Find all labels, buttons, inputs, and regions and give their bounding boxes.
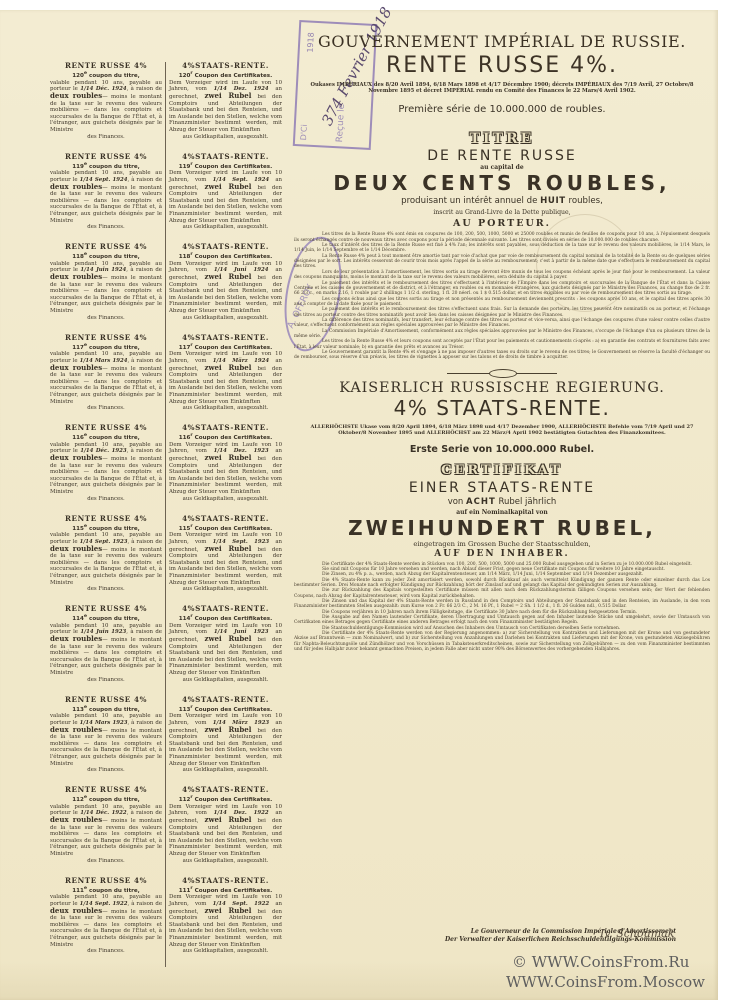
signature: Iv. Schoumak (600, 927, 674, 940)
coupon-column: RENTE RUSSE 4%120e coupon du titre,valab… (48, 62, 284, 967)
coupon-fr-head: RENTE RUSSE 4% (50, 515, 162, 523)
coupon-fr-end: des Finances. (50, 496, 162, 503)
coupon-de-end: aus Geldkapitalien, ausgezahlt. (169, 224, 282, 231)
coupon-german: 4%STAATS-RENTE.120r Coupon des Certifika… (166, 62, 284, 153)
coupon-french: RENTE RUSSE 4%111e coupon du titre,valab… (48, 877, 166, 968)
coupon-111: RENTE RUSSE 4%111e coupon du titre,valab… (48, 877, 284, 968)
coupon-de-end: aus Geldkapitalien, ausgezahlt. (169, 767, 282, 774)
ornamental-divider (447, 369, 557, 377)
coupon-de-sub: 115r Coupon des Certifikates. (169, 523, 282, 533)
coupon-118: RENTE RUSSE 4%118e coupon du titre,valab… (48, 243, 284, 334)
coupon-french: RENTE RUSSE 4%115e coupon du titre,valab… (48, 515, 166, 606)
coupon-fr-head: RENTE RUSSE 4% (50, 877, 162, 885)
french-term-paragraph: Le paiement des intérêts et le rembourse… (294, 281, 710, 297)
coupon-de-sub: 117r Coupon des Certifikates. (169, 342, 282, 352)
german-interest: von ACHT Rubel jährlich (288, 497, 716, 507)
coupon-fr-end: des Finances. (50, 677, 162, 684)
coupon-de-body: Dem Vorzeiger wird im Laufe von 10 Jahre… (169, 804, 282, 858)
coupon-fr-sub: 111e coupon du titre, (50, 885, 162, 895)
french-rente-title: RENTE RUSSE 4%. (288, 53, 716, 78)
coupon-fr-sub: 120e coupon du titre, (50, 70, 162, 80)
coupon-de-head: 4%STAATS-RENTE. (169, 424, 282, 432)
french-term-paragraph: La différence des titres nominatifs, leu… (294, 318, 710, 329)
coupon-fr-end: des Finances. (50, 586, 162, 593)
french-government-title: GOUVERNEMENT IMPÉRIAL DE RUSSIE. (288, 32, 716, 51)
titre-heading: TITRE (288, 131, 716, 147)
acht-pre: von (448, 497, 464, 507)
coupon-fr-head: RENTE RUSSE 4% (50, 153, 162, 161)
coupon-119: RENTE RUSSE 4%119e coupon du titre,valab… (48, 153, 284, 244)
de-rente-russe: DE RENTE RUSSE (288, 148, 716, 164)
coupon-fr-sub: 113e coupon du titre, (50, 704, 162, 714)
french-ukases: Oukases IMPÉRIAUX des 8/20 Avril 1894, 6… (288, 82, 716, 94)
au-capital-de: au capital de (288, 164, 716, 171)
german-term-paragraph: Die Ausgabe auf den Namen lautender Cert… (294, 615, 710, 626)
coupon-de-body: Dem Vorzeiger wird im Laufe von 10 Jahre… (169, 713, 282, 767)
coupon-de-body: Dem Vorzeiger wird im Laufe von 10 Jahre… (169, 261, 282, 315)
coupon-german: 4%STAATS-RENTE.113r Coupon des Certifika… (166, 696, 284, 787)
coupon-fr-head: RENTE RUSSE 4% (50, 243, 162, 251)
coupon-114: RENTE RUSSE 4%114e coupon du titre,valab… (48, 605, 284, 696)
acht-post: Rubel jährlich (498, 497, 556, 507)
coupon-de-sub: 118r Coupon des Certifikates. (169, 251, 282, 261)
au-porteur: AU PORTEUR. (288, 218, 716, 229)
coupon-fr-body: valable pendant 10 ans, payable au porte… (50, 804, 162, 858)
french-term-paragraph: Le taux d'intérêt des titres de la Rente… (294, 243, 710, 254)
coupon-de-head: 4%STAATS-RENTE. (169, 696, 282, 704)
coupon-fr-end: des Finances. (50, 858, 162, 865)
coupon-fr-head: RENTE RUSSE 4% (50, 605, 162, 613)
coupon-115: RENTE RUSSE 4%115e coupon du titre,valab… (48, 515, 284, 606)
french-amount: DEUX CENTS ROUBLES, (288, 171, 716, 195)
coupon-fr-sub: 116e coupon du titre, (50, 432, 162, 442)
coupon-fr-body: valable pendant 10 ans, payable au porte… (50, 351, 162, 405)
german-ukases: ALLERHÖCHSTE Ukase vom 8/20 April 1894, … (288, 424, 716, 436)
coupon-de-end: aus Geldkapitalien, ausgezahlt. (169, 677, 282, 684)
auf-den-inhaber: AUF DEN INHABER. (288, 549, 716, 559)
acht-amount: ACHT (466, 497, 496, 507)
watermark: © WWW.CoinsFrom.Ru WWW.CoinsFrom.Moscow (512, 952, 705, 992)
coupon-de-body: Dem Vorzeiger wird im Laufe von 10 Jahre… (169, 170, 282, 224)
coupon-de-body: Dem Vorzeiger wird im Laufe von 10 Jahre… (169, 442, 282, 496)
german-term-paragraph: Die Certifikate der 4% Staats-Rente werd… (294, 631, 710, 652)
coupon-de-head: 4%STAATS-RENTE. (169, 243, 282, 251)
german-serie: Erste Serie von 10.000.000 Rubel. (288, 444, 716, 455)
coupon-de-end: aus Geldkapitalien, ausgezahlt. (169, 315, 282, 322)
coupon-fr-body: valable pendant 10 ans, payable au porte… (50, 532, 162, 586)
german-term-paragraph: Die 4% Staats-Rente kann zu jeder Zeit a… (294, 578, 710, 589)
coupon-french: RENTE RUSSE 4%113e coupon du titre,valab… (48, 696, 166, 787)
coupon-de-sub: 119r Coupon des Certifikates. (169, 161, 282, 171)
coupon-de-head: 4%STAATS-RENTE. (169, 877, 282, 885)
coupon-german: 4%STAATS-RENTE.119r Coupon des Certifika… (166, 153, 284, 244)
coupon-de-sub: 116r Coupon des Certifikates. (169, 432, 282, 442)
coupon-french: RENTE RUSSE 4%118e coupon du titre,valab… (48, 243, 166, 334)
coupon-de-head: 4%STAATS-RENTE. (169, 786, 282, 794)
coupon-de-sub: 114r Coupon des Certifikates. (169, 613, 282, 623)
coupon-de-end: aus Geldkapitalien, ausgezahlt. (169, 948, 282, 955)
french-term-paragraph: Les coupons échus ainsi que les titres s… (294, 297, 710, 308)
interest-post: roubles, (568, 196, 602, 206)
german-term-paragraph: Die zur Rückzahlung des Kapitals vorgest… (294, 588, 710, 599)
interest-amount: HUIT (540, 196, 566, 206)
coupon-de-head: 4%STAATS-RENTE. (169, 62, 282, 70)
german-terms: Die Certifikate der 4% Staats-Rente werd… (288, 562, 716, 653)
french-term-paragraph: La Commission Impériale d'Amortissement,… (294, 329, 710, 340)
coupon-de-body: Dem Vorzeiger wird im Laufe von 10 Jahre… (169, 351, 282, 405)
french-term-paragraph: Les titres de la Rente Russe 4% sont émi… (294, 232, 710, 243)
coupon-de-sub: 111r Coupon des Certifikates. (169, 885, 282, 895)
coupon-french: RENTE RUSSE 4%116e coupon du titre,valab… (48, 424, 166, 515)
coupon-fr-sub: 112e coupon du titre, (50, 794, 162, 804)
french-term-paragraph: Le Gouvernement garantit la Rente 4% et … (294, 350, 710, 361)
coupon-fr-head: RENTE RUSSE 4% (50, 696, 162, 704)
coupon-fr-sub: 115e coupon du titre, (50, 523, 162, 533)
coupon-de-body: Dem Vorzeiger wird im Laufe von 10 Jahre… (169, 532, 282, 586)
coupon-de-body: Dem Vorzeiger wird im Laufe von 10 Jahre… (169, 80, 282, 134)
coupon-112: RENTE RUSSE 4%112e coupon du titre,valab… (48, 786, 284, 877)
coupon-fr-end: des Finances. (50, 315, 162, 322)
coupon-de-head: 4%STAATS-RENTE. (169, 334, 282, 342)
french-term-paragraph: La Rente Russe 4% peut à tout moment êtr… (294, 254, 710, 270)
coupon-120: RENTE RUSSE 4%120e coupon du titre,valab… (48, 62, 284, 153)
coupon-fr-end: des Finances. (50, 224, 162, 231)
coupon-french: RENTE RUSSE 4%119e coupon du titre,valab… (48, 153, 166, 244)
coupon-german: 4%STAATS-RENTE.112r Coupon des Certifika… (166, 786, 284, 877)
french-terms: Les titres de la Rente Russe 4% sont émi… (288, 232, 716, 360)
coupon-de-end: aus Geldkapitalien, ausgezahlt. (169, 496, 282, 503)
coupon-fr-head: RENTE RUSSE 4% (50, 62, 162, 70)
french-term-paragraph: Lors de leur présentation à l'amortissem… (294, 270, 710, 281)
eingetragen: eingetragen im Grossen Buche der Staatss… (288, 540, 716, 548)
coupon-116: RENTE RUSSE 4%116e coupon du titre,valab… (48, 424, 284, 515)
grand-livre: inscrit au Grand-Livre de la Dette publi… (288, 209, 716, 216)
coupon-fr-body: valable pendant 10 ans, payable au porte… (50, 713, 162, 767)
coupon-fr-sub: 117e coupon du titre, (50, 342, 162, 352)
coupon-117: RENTE RUSSE 4%117e coupon du titre,valab… (48, 334, 284, 425)
watermark-line-1: © WWW.CoinsFrom.Ru (512, 952, 705, 972)
french-term-paragraph: Les titres de la Rente Russe 4% et leurs… (294, 339, 710, 350)
coupon-de-sub: 112r Coupon des Certifikates. (169, 794, 282, 804)
coupon-german: 4%STAATS-RENTE.118r Coupon des Certifika… (166, 243, 284, 334)
coupon-french: RENTE RUSSE 4%120e coupon du titre,valab… (48, 62, 166, 153)
coupon-de-end: aus Geldkapitalien, ausgezahlt. (169, 405, 282, 412)
coupon-fr-head: RENTE RUSSE 4% (50, 786, 162, 794)
coupon-fr-sub: 114e coupon du titre, (50, 613, 162, 623)
nominal-kapital: auf ein Nominalkapital von (288, 509, 716, 516)
coupon-fr-body: valable pendant 10 ans, payable au porte… (50, 80, 162, 134)
coupon-fr-sub: 119e coupon du titre, (50, 161, 162, 171)
coupon-de-body: Dem Vorzeiger wird im Laufe von 10 Jahre… (169, 623, 282, 677)
coupon-fr-end: des Finances. (50, 767, 162, 774)
main-body: GOUVERNEMENT IMPÉRIAL DE RUSSIE. RENTE R… (288, 24, 716, 653)
coupon-fr-body: valable pendant 10 ans, payable au porte… (50, 442, 162, 496)
coupon-fr-body: valable pendant 10 ans, payable au porte… (50, 894, 162, 948)
coupon-de-sub: 113r Coupon des Certifikates. (169, 704, 282, 714)
einer-staats-rente: EINER STAATS-RENTE (288, 480, 716, 496)
certifikat-heading: CERTIFIKAT (288, 463, 716, 478)
coupon-fr-end: des Finances. (50, 948, 162, 955)
coupon-german: 4%STAATS-RENTE.114r Coupon des Certifika… (166, 605, 284, 696)
coupon-fr-body: valable pendant 10 ans, payable au porte… (50, 261, 162, 315)
coupon-de-head: 4%STAATS-RENTE. (169, 515, 282, 523)
coupon-de-end: aus Geldkapitalien, ausgezahlt. (169, 858, 282, 865)
coupon-fr-body: valable pendant 10 ans, payable au porte… (50, 623, 162, 677)
coupon-de-head: 4%STAATS-RENTE. (169, 605, 282, 613)
coupon-fr-body: valable pendant 10 ans, payable au porte… (50, 170, 162, 224)
coupon-fr-end: des Finances. (50, 134, 162, 141)
interest-pre: produisant un intérêt annuel de (401, 196, 537, 206)
coupon-fr-head: RENTE RUSSE 4% (50, 334, 162, 342)
german-term-paragraph: Die Zinsen und das Kapital der 4% Staats… (294, 599, 710, 610)
coupon-german: 4%STAATS-RENTE.116r Coupon des Certifika… (166, 424, 284, 515)
coupon-113: RENTE RUSSE 4%113e coupon du titre,valab… (48, 696, 284, 787)
coupon-de-end: aus Geldkapitalien, ausgezahlt. (169, 134, 282, 141)
coupon-fr-sub: 118e coupon du titre, (50, 251, 162, 261)
french-term-paragraph: Le paiement des intérêts et le rembourse… (294, 307, 710, 318)
german-government-title: KAISERLICH RUSSISCHE REGIERUNG. (288, 380, 716, 396)
coupon-german: 4%STAATS-RENTE.115r Coupon des Certifika… (166, 515, 284, 606)
german-amount: ZWEIHUNDERT RUBEL, (288, 516, 716, 540)
coupon-fr-end: des Finances. (50, 405, 162, 412)
coupon-de-body: Dem Vorzeiger wird im Laufe von 10 Jahre… (169, 894, 282, 948)
coupon-fr-head: RENTE RUSSE 4% (50, 424, 162, 432)
coupon-french: RENTE RUSSE 4%117e coupon du titre,valab… (48, 334, 166, 425)
watermark-line-2: WWW.CoinsFrom.Moscow (506, 972, 705, 992)
coupon-french: RENTE RUSSE 4%112e coupon du titre,valab… (48, 786, 166, 877)
french-interest: produisant un intérêt annuel de HUIT rou… (288, 196, 716, 206)
coupon-de-sub: 120r Coupon des Certifikates. (169, 70, 282, 80)
german-rente-title: 4% STAATS-RENTE. (288, 396, 716, 420)
coupon-french: RENTE RUSSE 4%114e coupon du titre,valab… (48, 605, 166, 696)
coupon-german: 4%STAATS-RENTE.117r Coupon des Certifika… (166, 334, 284, 425)
french-serie: Première série de 10.000.000 de roubles. (288, 104, 716, 115)
coupon-de-end: aus Geldkapitalien, ausgezahlt. (169, 586, 282, 593)
coupon-german: 4%STAATS-RENTE.111r Coupon des Certifika… (166, 877, 284, 968)
coupon-de-head: 4%STAATS-RENTE. (169, 153, 282, 161)
